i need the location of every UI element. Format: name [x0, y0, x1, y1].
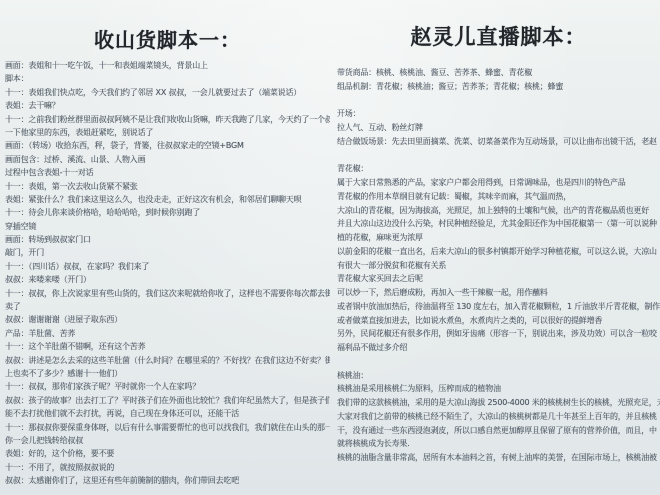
- script-line: 穿插空镜: [5, 220, 330, 233]
- script-line: 有很大一部分脱贫和花椒有关系: [337, 259, 660, 273]
- script-line: 核桃的油脂含量非常高，居所有木本油料之首，有树上油库的美誉，在国际市场上，核桃油…: [337, 451, 660, 465]
- script-line: 十一：叔叔，你上次说家里有些山货的，我们这次来呢就给你收了，这样也不需要你每次都…: [5, 287, 330, 300]
- script-line: 开场：: [337, 107, 660, 121]
- script-line: 属于大家日常熟悉的产品，家家户户都会用得到，日常调味品，也是四川的特色产品: [337, 176, 660, 190]
- script-line: 青花椒的作用本草纲目就有记载：蜀椒，其味辛而麻，其气温而热，: [337, 190, 660, 204]
- script-line: 叔叔：谢谢谢谢（进屋子取东西）: [5, 313, 330, 326]
- left-script-title: 收山货脚本一：: [5, 27, 330, 53]
- script-line: 十一：这个羊肚菌不错啊，还有这个苦荞: [5, 340, 330, 353]
- script-line: 叔叔：太感谢你们了，这里还有些年前腌制的腊肉，你们带回去吃吧: [5, 474, 330, 487]
- script-line: 可以炒一下，然后磨成粉，再加入一些干辣椒一起，用作蘸料: [337, 286, 660, 300]
- script-line: 画面：（转场）收拾东西，秤，袋子，背篓，往叔叔家走的空镜+BGM: [5, 139, 330, 152]
- script-line: 能不去打扰他们就不去打扰，再说，自己现在身体还可以，还能干活: [5, 407, 330, 420]
- script-line: 敲门，开门: [5, 246, 330, 259]
- script-line: 核桃油是采用核桃仁为原料，压榨而成的植物油: [337, 382, 660, 396]
- script-line: 叔叔：讲述是怎么去采的这些羊肚菌（什么时间？在哪里采的？不好找？在我们这边不好卖…: [5, 354, 330, 367]
- script-line: 大凉山的青花椒，因为海拔高，光照足，加上独特的土壤和气候，出产的青花椒品质也更好: [337, 204, 660, 218]
- script-line: 拉人气、互动、粉丝灯牌: [337, 121, 660, 135]
- script-document-photo: 收山货脚本一： 画面：表姐和十一吃午饭，十一和表姐端菜镜头，背景山上脚本：十一：…: [0, 0, 660, 495]
- script-line: 大家对我们之前带的核桃已经不陌生了，大凉山的核桃树都是几十年甚至上百年的，并且核…: [337, 410, 660, 424]
- right-script-column: 赵灵儿直播脚本： 带货商品：核桃、核桃油、酱豆、苦荞茶、蜂蜜、青花椒组品机制：青…: [337, 22, 660, 490]
- script-line: 结合做饭场景：先去田里面摘菜、洗菜、切菜备菜作为互动场景，可以让曲布出镜干活，老…: [337, 135, 660, 149]
- script-line: 另外，民间花椒还有很多作用，例如牙齿痛（形容一下，别说出来，涉及功效）可以含一粒…: [337, 327, 660, 341]
- script-line: 画面：表姐和十一吃午饭，十一和表姐端菜镜头，背景山上: [5, 59, 330, 72]
- script-line: 一下他家里的东西，表姐赶紧吃，别说话了: [5, 126, 330, 139]
- script-line: 青花椒大家买回去之后呢: [337, 272, 660, 286]
- script-line: 十一：待会儿你来谈价格哈，哈哈哈哈，到时候你别跑了: [5, 206, 330, 219]
- script-line: 十一：不用了，就按照叔叔说的: [5, 461, 330, 474]
- script-line: 就将核桃成为长寿果.: [337, 437, 660, 451]
- script-line: 带货商品：核桃、核桃油、酱豆、苦荞茶、蜂蜜、青花椒: [337, 66, 660, 80]
- script-line: [337, 94, 660, 108]
- script-line: 十一：表姐，第一次去收山货紧不紧张: [5, 180, 330, 193]
- script-line: 十一：之前我们粉丝群里面叔叔阿姨不是让我们收收山货嘛，昨天我跑了几家，今天约了一…: [5, 113, 330, 126]
- script-line: 组品机制：青花椒；核桃油；酱豆；苦荞茶；青花椒；核桃；蜂蜜: [337, 80, 660, 94]
- script-line: 画面包含：过桥、溪流、山景、人物入画: [5, 153, 330, 166]
- script-line: 植的花椒，麻味更为浓厚: [337, 231, 660, 245]
- script-line: 表姐：去干嘛？: [5, 99, 330, 112]
- script-line: 或者锅中放油加热后，待油温将至 130 度左右，加入青花椒颗粒，1 斤油放半斤青…: [337, 300, 660, 314]
- script-line: 核桃油：: [337, 369, 660, 383]
- script-line: [337, 355, 660, 369]
- script-line: 过程中包含表姐-十一对话: [5, 166, 330, 179]
- script-line: 福利品不做过多介绍: [337, 341, 660, 355]
- script-line: 上也卖不了多少？感谢十一他们）: [5, 367, 330, 380]
- script-line: 青花椒：: [337, 162, 660, 176]
- script-line: 产品：羊肚菌、苦荞: [5, 327, 330, 340]
- script-line: 表姐：好的，这个价格，要不要: [5, 447, 330, 460]
- script-line: 十一：表姐我们快点吃，今天我们约了邻居 XX 叔叔，一会儿就要过去了（端菜说话）: [5, 86, 330, 99]
- script-line: 十一：那叔叔你要保重身体呀，以后有什么事需要帮忙的也可以找我们，我们就住在山头的…: [5, 421, 330, 434]
- script-line: 脚本：: [5, 72, 330, 85]
- script-line: 表姐：紧张什么？我们来这里这么久，也没走走，正好这次有机会，和邻居们聊聊天呗: [5, 193, 330, 206]
- script-line: 十一：叔叔，那你们家孩子呢？平时就你一个人在家吗？: [5, 380, 330, 393]
- script-line: 叔叔：来喽来喽（开门）: [5, 273, 330, 286]
- left-script-lines: 画面：表姐和十一吃午饭，十一和表姐端菜镜头，背景山上脚本：十一：表姐我们快点吃，…: [5, 59, 330, 488]
- script-line: [337, 149, 660, 163]
- left-script-column: 收山货脚本一： 画面：表姐和十一吃午饭，十一和表姐端菜镜头，背景山上脚本：十一：…: [5, 27, 330, 489]
- script-line: 卖了: [5, 300, 330, 313]
- script-line: 你一会儿把钱转给叔叔: [5, 434, 330, 447]
- right-script-lines: 带货商品：核桃、核桃油、酱豆、苦荞茶、蜂蜜、青花椒组品机制：青花椒；核桃油；酱豆…: [337, 66, 660, 465]
- right-script-title: 赵灵儿直播脚本：: [337, 22, 660, 52]
- script-line: 画面：转场到叔叔家门口: [5, 233, 330, 246]
- script-line: 叔叔：孩子的故事？出去打工了？平时孩子们在外面也比较忙？我们年纪虽然大了，但是孩…: [5, 394, 330, 407]
- script-line: 并且大凉山这边没什么污染，村民种植经验足，尤其金阳还作为中国花椒第一（第一可以说…: [337, 217, 660, 231]
- script-line: 干，没有通过一些东西浸泡剥皮，所以口感自然更加醇厚且保留了原有的营养价值，而且，…: [337, 424, 660, 438]
- script-line: 以前金阳的花椒一直出名，后来大凉山的很多村镇都开始学习种植花椒，可以这么说，大凉…: [337, 245, 660, 259]
- script-line: 我们带的这款核桃油，采用的是大凉山海拔 2500-4000 米的核桃树生长的核桃…: [337, 396, 660, 410]
- script-line: 十一：（四川话）叔叔，在家吗？我们来了: [5, 260, 330, 273]
- script-line: 或者做菜直接加进去，比如说水煮鱼，水煮肉片之类的，可以很好的提鲜增香: [337, 314, 660, 328]
